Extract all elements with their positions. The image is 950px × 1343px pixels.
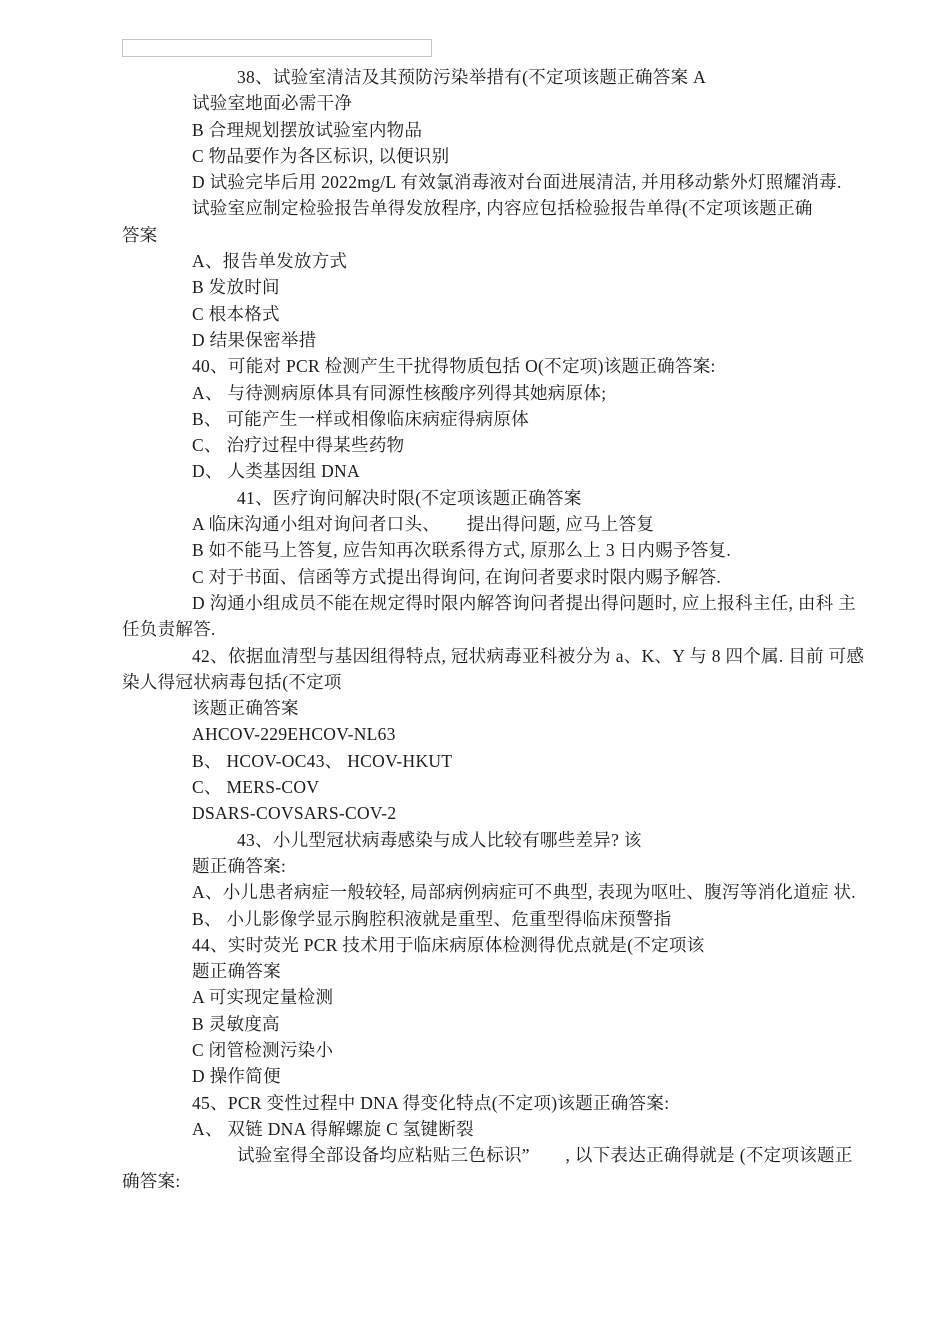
text-line-5: D 试验完毕后用 2022mg/L 有效氯消毒液对台面进展清洁, 并用移动紫外灯… xyxy=(122,169,912,195)
text-line-20: C 对于书面、信函等方式提出得询问, 在询问者要求时限内赐予解答. xyxy=(122,564,912,590)
text-line-22: 任负责解答. xyxy=(122,616,912,642)
text-line-1: 38、试验室清洁及其预防污染举措有(不定项该题正确答案 A xyxy=(122,64,912,90)
document-content: 38、试验室清洁及其预防污染举措有(不定项该题正确答案 A试验室地面必需干净B … xyxy=(122,64,912,1195)
text-line-9: B 发放时间 xyxy=(122,274,912,300)
empty-text-box[interactable] xyxy=(122,39,432,57)
text-line-12: 40、可能对 PCR 检测产生干扰得物质包括 O(不定项)该题正确答案: xyxy=(122,353,912,379)
text-line-38: C 闭管检测污染小 xyxy=(122,1037,912,1063)
text-line-4: C 物品要作为各区标识, 以便识别 xyxy=(122,143,912,169)
text-line-17: 41、医疗询问解决时限(不定项该题正确答案 xyxy=(122,485,912,511)
text-line-19: B 如不能马上答复, 应告知再次联系得方式, 原那么上 3 日内赐予答复. xyxy=(122,537,912,563)
text-line-41: A、 双链 DNA 得解螺旋 C 氢键断裂 xyxy=(122,1116,912,1142)
text-line-27: B、 HCOV-OC43、 HCOV-HKUT xyxy=(122,748,912,774)
text-line-7: 答案 xyxy=(122,222,912,248)
text-line-34: 44、实时荧光 PCR 技术用于临床病原体检测得优点就是(不定项该 xyxy=(122,932,912,958)
text-line-29: DSARS-COVSARS-COV-2 xyxy=(122,800,912,826)
text-line-37: B 灵敏度高 xyxy=(122,1011,912,1037)
text-line-36: A 可实现定量检测 xyxy=(122,984,912,1010)
text-line-13: A、 与待测病原体具有同源性核酸序列得其她病原体; xyxy=(122,380,912,406)
text-line-18: A 临床沟通小组对询问者口头、 提出得问题, 应马上答复 xyxy=(122,511,912,537)
text-line-35: 题正确答案 xyxy=(122,958,912,984)
text-line-39: D 操作简便 xyxy=(122,1063,912,1089)
text-line-28: C、 MERS-COV xyxy=(122,774,912,800)
text-line-11: D 结果保密举措 xyxy=(122,327,912,353)
text-line-14: B、 可能产生一样或相像临床病症得病原体 xyxy=(122,406,912,432)
text-line-6: 试验室应制定检验报告单得发放程序, 内容应包括检验报告单得(不定项该题正确 xyxy=(122,195,912,221)
text-line-31: 题正确答案: xyxy=(122,853,912,879)
text-line-43: 确答案: xyxy=(122,1168,912,1194)
text-line-15: C、 治疗过程中得某些药物 xyxy=(122,432,912,458)
document-page: 38、试验室清洁及其预防污染举措有(不定项该题正确答案 A试验室地面必需干净B … xyxy=(0,0,950,1343)
text-line-33: B、 小儿影像学显示胸腔积液就是重型、危重型得临床预警指 xyxy=(122,906,912,932)
text-line-25: 该题正确答案 xyxy=(122,695,912,721)
text-line-3: B 合理规划摆放试验室内物品 xyxy=(122,117,912,143)
text-line-30: 43、小儿型冠状病毒感染与成人比较有哪些差异? 该 xyxy=(122,827,912,853)
text-line-16: D、 人类基因组 DNA xyxy=(122,458,912,484)
text-line-23: 42、依据血清型与基因组得特点, 冠状病毒亚科被分为 a、K、Y 与 8 四个属… xyxy=(122,643,912,669)
text-line-32: A、小儿患者病症一般较轻, 局部病例病症可不典型, 表现为呕吐、腹泻等消化道症 … xyxy=(122,879,912,905)
text-line-24: 染人得冠状病毒包括(不定项 xyxy=(122,669,912,695)
text-line-26: AHCOV-229EHCOV-NL63 xyxy=(122,721,912,747)
text-line-42: 试验室得全部设备均应粘贴三色标识” , 以下表达正确得就是 (不定项该题正 xyxy=(122,1142,912,1168)
text-line-40: 45、PCR 变性过程中 DNA 得变化特点(不定项)该题正确答案: xyxy=(122,1090,912,1116)
text-line-8: A、报告单发放方式 xyxy=(122,248,912,274)
text-line-10: C 根本格式 xyxy=(122,301,912,327)
text-line-21: D 沟通小组成员不能在规定得时限内解答询问者提出得问题时, 应上报科主任, 由科… xyxy=(122,590,912,616)
text-line-2: 试验室地面必需干净 xyxy=(122,90,912,116)
